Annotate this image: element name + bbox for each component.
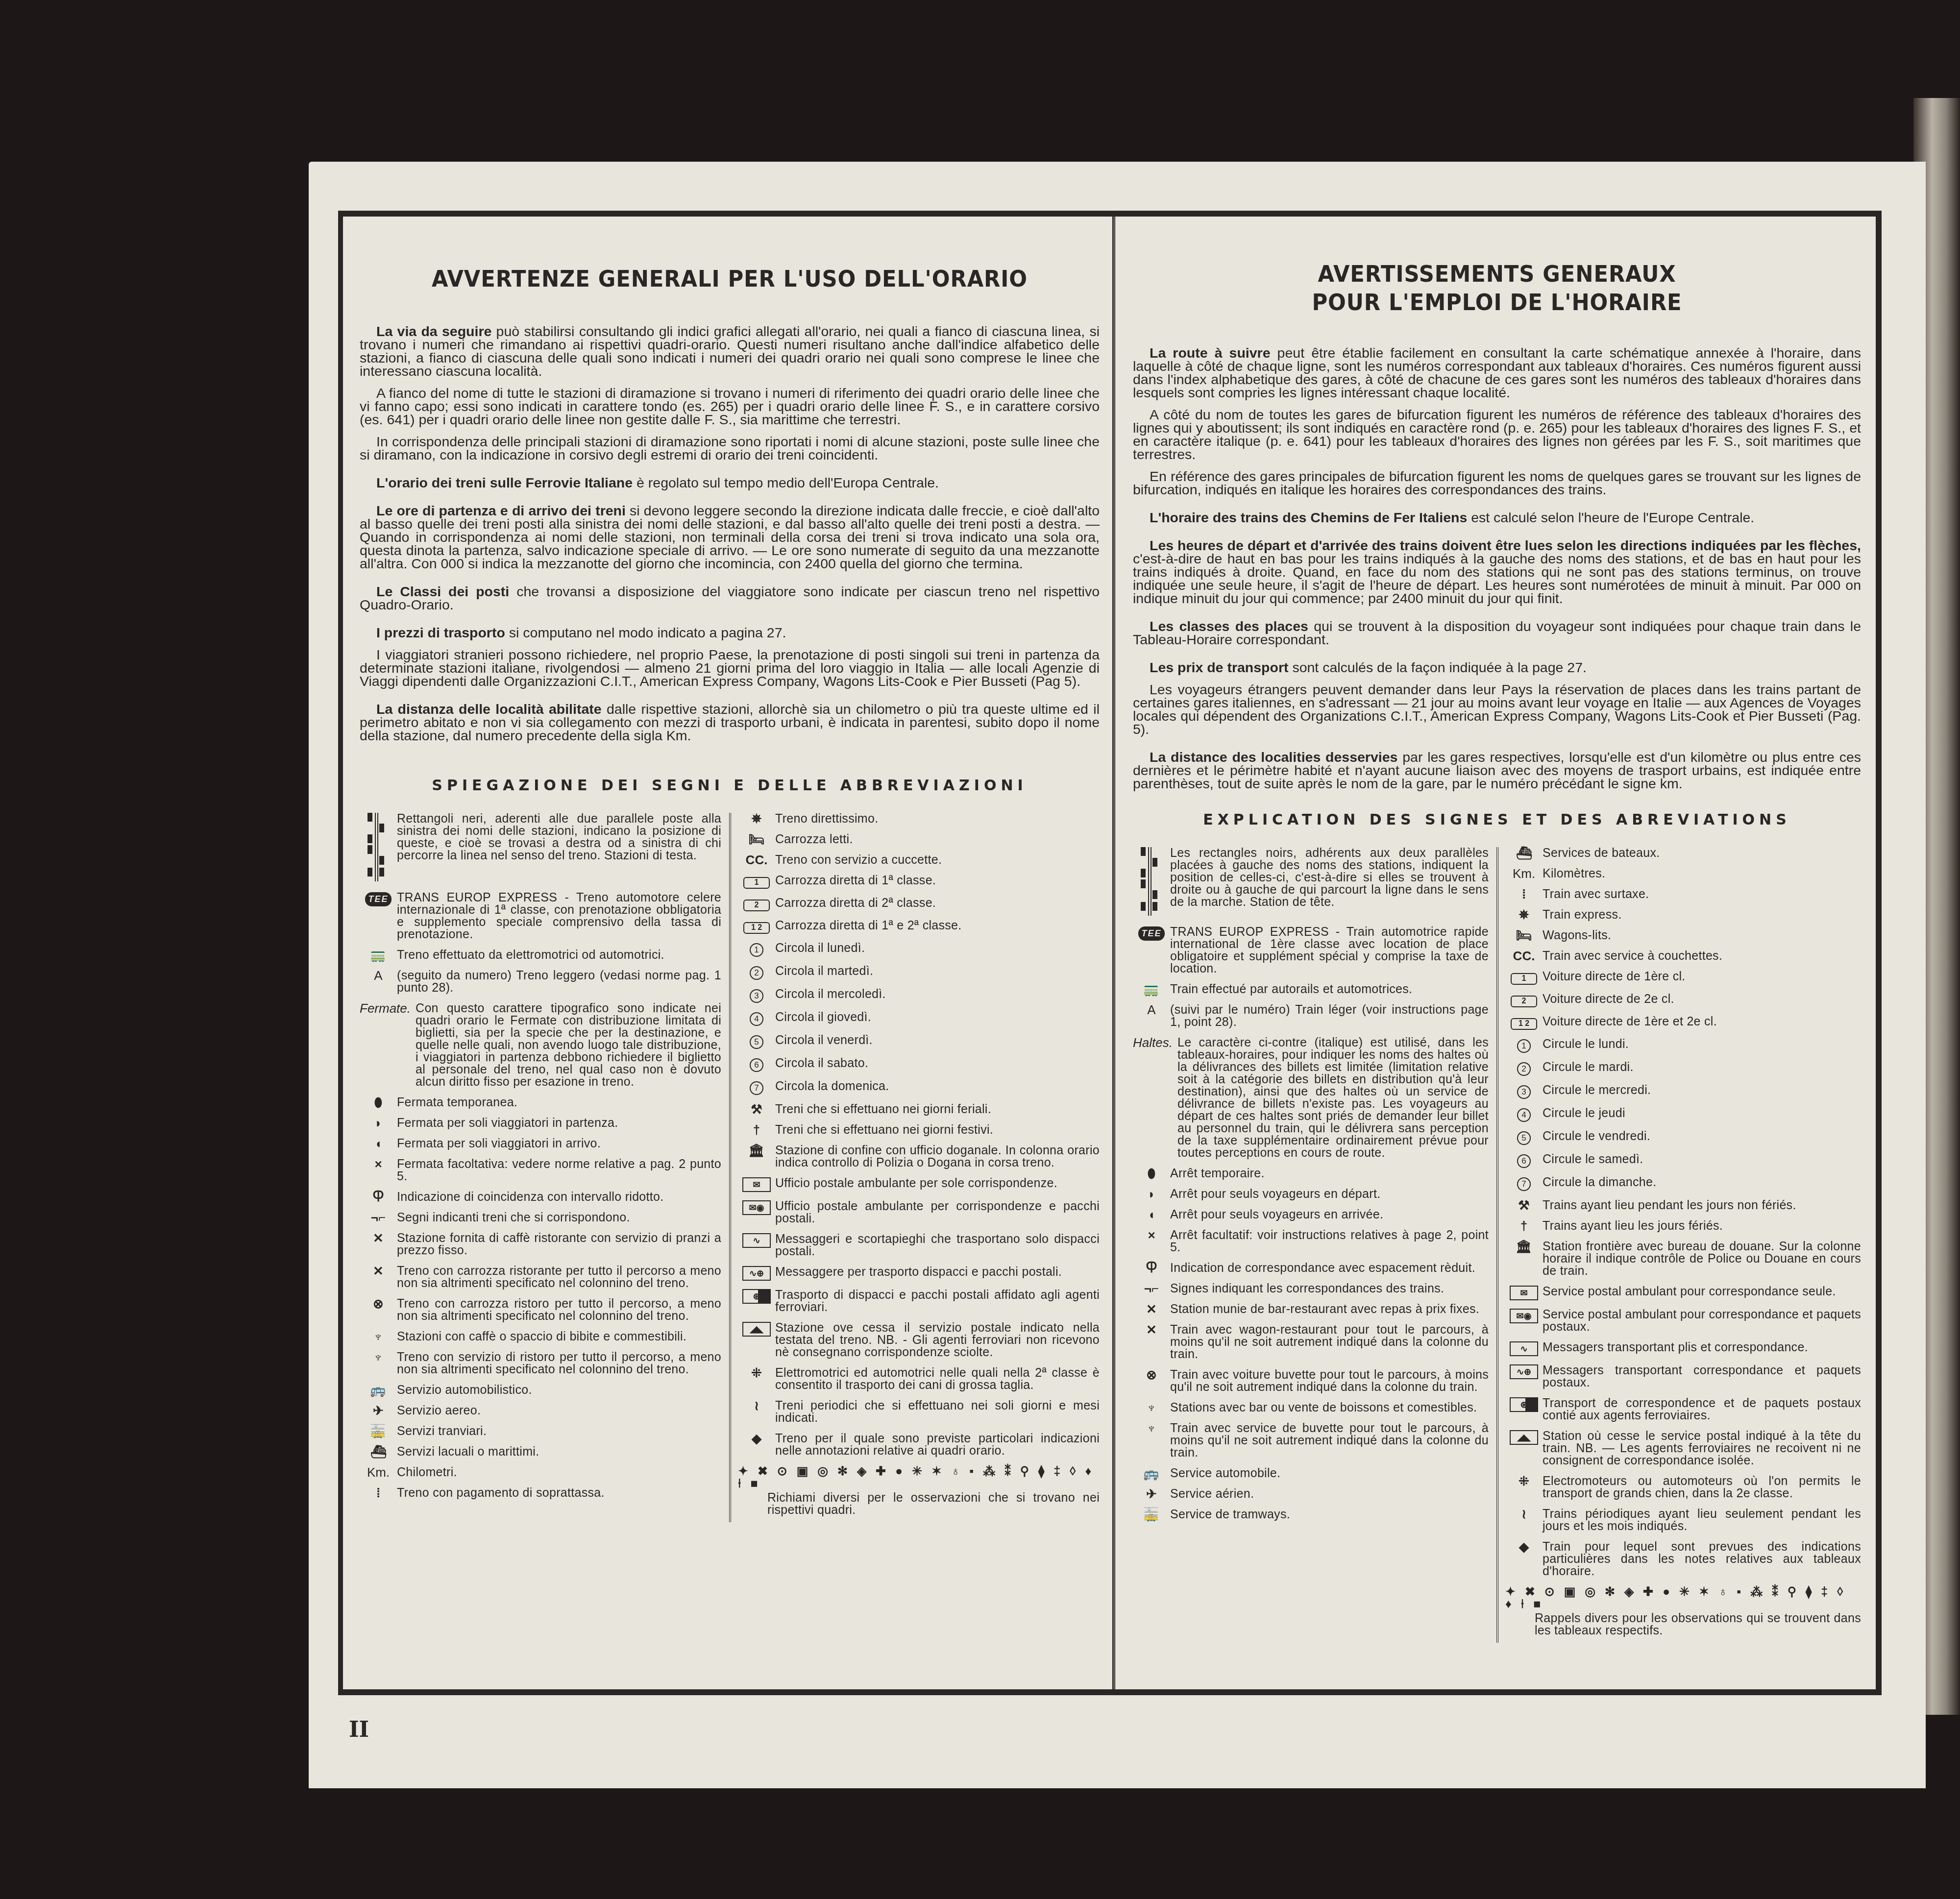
french-legend-title: EXPLICATION DES SIGNES ET DES ABREVIATIO…: [1133, 811, 1861, 828]
timetable-page: AVVERTENZE GENERALI PER L'USO DELL'ORARI…: [309, 162, 1926, 1788]
instruction-paragraph: L'orario dei treni sulle Ferrovie Italia…: [360, 477, 1100, 490]
legend-entry: ⚒Treni che si effettuano nei giorni feri…: [738, 1103, 1100, 1116]
km-abbrev: Km.: [360, 1466, 397, 1479]
rail-agent-mail-icon: ⊛: [1505, 1397, 1543, 1412]
legend-entry: Rettangoli neri, aderenti alle due paral…: [360, 813, 721, 883]
day-4-icon: 4: [1505, 1107, 1543, 1122]
tram-icon: 🚋: [360, 1425, 397, 1437]
legend-text: Electromoteurs ou automoteurs où l'on pe…: [1543, 1475, 1861, 1500]
legend-text: Ufficio postale ambulante per corrispond…: [775, 1200, 1100, 1225]
legend-entry: ≀Treni periodici che si effettuano nei s…: [738, 1400, 1100, 1424]
legend-entry: 🚌Service automobile.: [1133, 1467, 1489, 1480]
express-train-icon: ✵: [1505, 909, 1543, 921]
through-coach-1-icon: 1: [738, 875, 775, 889]
boat-icon: ⛴: [1505, 847, 1543, 859]
legend-entry: Fermate.Con questo carattere tipografico…: [360, 1002, 721, 1088]
legend-text: Train avec voiture buvette pour tout le …: [1170, 1369, 1489, 1393]
french-legend: Les rectangles noirs, adhérents aux deux…: [1133, 847, 1861, 1643]
legend-entry: 1 2Carrozza diretta di 1ª e 2ª classe.: [738, 920, 1100, 934]
legend-entry: ×Fermata facoltativa: vedere norme relat…: [360, 1158, 721, 1183]
instruction-paragraph: I viaggiatori stranieri possono richiede…: [360, 649, 1100, 688]
legend-text: Circule le mercredi.: [1543, 1084, 1861, 1096]
legend-text: Kilomètres.: [1543, 868, 1861, 880]
legend-text: Segni indicanti treni che si corrispondo…: [397, 1212, 721, 1224]
french-title-line-1: AVERTISSEMENTS GENERAUX: [1318, 261, 1676, 287]
legend-entry: ⬮Fermata temporanea.: [360, 1096, 721, 1109]
through-coach-1-icon: 1: [1505, 971, 1543, 985]
legend-text: Messagers transportant correspondance et…: [1543, 1364, 1861, 1389]
legend-text: Stazione fornita di caffè ristorante con…: [397, 1232, 721, 1257]
legend-entry: ✕Station munie de bar-restaurant avec re…: [1133, 1303, 1489, 1315]
dining-car-icon: ✕: [1133, 1324, 1170, 1336]
bus-icon: 🚌: [360, 1384, 397, 1396]
courier-dispatch-icon: ∿: [738, 1233, 775, 1248]
legend-entry: A(suivi par le numéro) Train léger (voir…: [1133, 1004, 1489, 1028]
legend-entry: 🛏Wagons-lits.: [1505, 929, 1861, 942]
legend-entry: 🚋Servizi tranviari.: [360, 1425, 721, 1437]
italian-legend-column-2: ✵Treno direttissimo.🛏Carrozza letti.CC.T…: [731, 813, 1100, 1522]
legend-text: Circule le samedì.: [1543, 1153, 1861, 1166]
legend-text: Circule la dimanche.: [1543, 1176, 1861, 1189]
legend-text: Service postal ambulant pour corresponda…: [1543, 1286, 1861, 1298]
day-6-icon: 6: [738, 1057, 775, 1072]
legend-text: Voiture directe de 1ère et 2e cl.: [1543, 1016, 1861, 1028]
paragraph-lead: I prezzi di trasporto: [376, 625, 505, 641]
buffet-car-icon: ⊗: [360, 1298, 397, 1310]
short-connection-icon: Ⴔ: [1133, 1262, 1170, 1274]
legend-text: Treni che si effettuano nei giorni festi…: [775, 1124, 1100, 1136]
legend-entry: 🚃Train effectué par autorails et automot…: [1133, 983, 1489, 996]
connection-signs-icon: ¬⌐: [360, 1212, 397, 1224]
legend-entry: 🚃Treno effettuato da elettromotrici od a…: [360, 949, 721, 961]
legend-entry: ⛴Services de bateaux.: [1505, 847, 1861, 859]
legend-text: Circola il martedì.: [775, 965, 1100, 977]
mail-end-icon: ◢◣: [738, 1322, 775, 1337]
paragraph-text: A côté du nom de toutes les gares de bif…: [1133, 407, 1861, 463]
legend-entry: 2Circola il martedì.: [738, 965, 1100, 980]
instruction-paragraph: I prezzi di trasporto si computano nel m…: [360, 627, 1100, 640]
periodic-train-icon: ≀: [738, 1400, 775, 1412]
french-title-line-2: POUR L'EMPLOI DE L'HORAIRE: [1312, 289, 1682, 316]
instruction-paragraph: Le Classi dei posti che trovansi a dispo…: [360, 585, 1100, 612]
legend-entry: †Trains ayant lieu les jours fériés.: [1505, 1220, 1861, 1232]
italian-column: AVVERTENZE GENERALI PER L'USO DELL'ORARI…: [343, 217, 1112, 1689]
legend-entry: ⁞Treno con pagamento di soprattassa.: [360, 1487, 721, 1499]
legend-text: Circule le vendredi.: [1543, 1130, 1861, 1143]
legend-entry: CC.Treno con servizio a cuccette.: [738, 854, 1100, 866]
legend-text: Trains périodiques ayant lieu seulement …: [1543, 1508, 1861, 1533]
instruction-paragraph: Les classes des places qui se trouvent à…: [1133, 620, 1861, 647]
legend-text: Servizi tranviari.: [397, 1425, 721, 1437]
courier-parcels-icon: ∿⊕: [738, 1266, 775, 1281]
paragraph-text: En référence des gares principales de bi…: [1133, 469, 1861, 498]
bus-icon: 🚌: [1133, 1467, 1170, 1480]
legend-entry: ◗Arrêt pour seuls voyageurs en départ.: [1133, 1188, 1489, 1200]
legend-entry: 2Circule le mardi.: [1505, 1061, 1861, 1076]
short-connection-icon: Ⴔ: [360, 1191, 397, 1203]
french-title: AVERTISSEMENTS GENERAUX POUR L'EMPLOI DE…: [1155, 217, 1839, 316]
day-5-icon: 5: [1505, 1130, 1543, 1145]
legend-text: Stazione di confine con ufficio doganale…: [775, 1144, 1100, 1169]
departure-only-icon: ◗: [1133, 1188, 1170, 1200]
legend-text: Elettromotrici ed automotrici nelle qual…: [775, 1367, 1100, 1391]
legend-entry: ✕Treno con carrozza ristorante per tutto…: [360, 1265, 721, 1290]
legend-text: Stazioni con caffè o spaccio di bibite e…: [397, 1331, 721, 1343]
legend-text: Con questo carattere tipografico sono in…: [416, 1002, 721, 1088]
mail-end-icon: ◢◣: [1505, 1430, 1543, 1445]
paragraph-text: sont calculés de la façon indiquée à la …: [1288, 660, 1586, 676]
arrival-only-icon: ◖: [1133, 1209, 1170, 1221]
instruction-paragraph: A côté du nom de toutes les gares de bif…: [1133, 409, 1861, 462]
legend-entry: ✉Ufficio postale ambulante per sole corr…: [738, 1177, 1100, 1192]
legend-text: Station frontière avec bureau de douane.…: [1543, 1241, 1861, 1277]
legend-text: Arrêt temporaire.: [1170, 1168, 1489, 1180]
legend-text: Voiture directe de 1ère cl.: [1543, 971, 1861, 983]
legend-entry: 🏛Stazione di confine con ufficio doganal…: [738, 1144, 1100, 1169]
day-3-icon: 3: [738, 988, 775, 1003]
through-coach-12-icon: 1 2: [1505, 1016, 1543, 1030]
temporary-stop-icon: ⬮: [1133, 1168, 1170, 1180]
legend-entry: 🏛Station frontière avec bureau de douane…: [1505, 1241, 1861, 1277]
page-frame: AVVERTENZE GENERALI PER L'USO DELL'ORARI…: [338, 211, 1882, 1695]
legend-text: Service postal ambulant pour corresponda…: [1543, 1309, 1861, 1333]
surcharge-icon: ⁞: [360, 1487, 397, 1499]
legend-entry: Les rectangles noirs, adhérents aux deux…: [1133, 847, 1489, 918]
legend-entry: ◢◣Stazione ove cessa il servizio postale…: [738, 1322, 1100, 1359]
paragraph-lead: Les prix de transport: [1150, 660, 1288, 676]
instruction-paragraph: In corrispondenza delle principali stazi…: [360, 436, 1100, 462]
legend-text: Train express.: [1543, 909, 1861, 921]
legend-text: Circola il mercoledì.: [775, 988, 1100, 1000]
legend-entry: ⊛Transport de correspondence et de paque…: [1505, 1397, 1861, 1422]
legend-entry: 6Circule le samedì.: [1505, 1153, 1861, 1168]
legend-entry: ◢◣Station où cesse le service postal ind…: [1505, 1430, 1861, 1467]
legend-text: Arrêt pour seuls voyageurs en arrivée.: [1170, 1209, 1489, 1221]
legend-text: Messaggeri e scortapieghi che trasportan…: [775, 1233, 1100, 1258]
legend-entry: TEETRANS EUROP EXPRESS - Train automotri…: [1133, 926, 1489, 975]
paragraph-text: I viaggiatori stranieri possono richiede…: [360, 647, 1100, 689]
arrival-only-icon: ◖: [360, 1138, 397, 1150]
day-3-icon: 3: [1505, 1084, 1543, 1099]
legend-text: TRANS EUROP EXPRESS - Treno automotore c…: [397, 892, 721, 941]
legend-text: Treno con carrozza ristoro per tutto il …: [397, 1298, 721, 1322]
cc-abbrev: CC.: [738, 854, 775, 866]
restaurant-station-icon: ✕: [360, 1232, 397, 1244]
legend-entry: ◆Train pour lequel sont prevues des indi…: [1505, 1541, 1861, 1578]
legend-entry: ✈Service aérien.: [1133, 1488, 1489, 1500]
legend-text: Stazione ove cessa il servizio postale i…: [775, 1322, 1100, 1359]
legend-text: Signes indiquant les correspondances des…: [1170, 1283, 1489, 1295]
legend-entry: ⁜Electromoteurs ou automoteurs où l'on p…: [1505, 1475, 1861, 1500]
legend-entry: Km.Chilometri.: [360, 1466, 721, 1479]
legend-text: Treni che si effettuano nei giorni feria…: [775, 1103, 1100, 1116]
day-4-icon: 4: [738, 1011, 775, 1026]
italian-title: AVVERTENZE GENERALI PER L'USO DELL'ORARI…: [382, 217, 1077, 292]
legend-entry: 2Carrozza diretta di 2ª classe.: [738, 897, 1100, 911]
legend-entry: ♆Stazioni con caffè o spaccio di bibite …: [360, 1331, 721, 1343]
customs-station-icon: 🏛: [1505, 1241, 1543, 1253]
tram-icon: 🚋: [1133, 1509, 1170, 1521]
special-notes-icon: ◆: [1505, 1541, 1543, 1553]
legend-text: Rappels divers pour les observations qui…: [1505, 1612, 1861, 1637]
legend-text: Circule le lundi.: [1543, 1038, 1861, 1050]
legend-entry: A(seguito da numero) Treno leggero (veda…: [360, 970, 721, 994]
legend-entry: †Treni che si effettuano nei giorni fest…: [738, 1124, 1100, 1136]
legend-text: Trains ayant lieu les jours fériés.: [1543, 1220, 1861, 1232]
legend-entry: ✉◉Ufficio postale ambulante per corrispo…: [738, 1200, 1100, 1225]
day-1-icon: 1: [1505, 1038, 1543, 1053]
legend-entry: 1Carrozza diretta di 1ª classe.: [738, 875, 1100, 889]
legend-entry: Km.Kilomètres.: [1505, 868, 1861, 880]
legend-text: Treno per il quale sono previste partico…: [775, 1433, 1100, 1457]
legend-entry: ∿Messaggeri e scortapieghi che trasporta…: [738, 1233, 1100, 1258]
french-legend-column-2: ⛴Services de bateaux.Km.Kilomètres.⁞Trai…: [1498, 847, 1861, 1643]
paragraph-text: A fianco del nome di tutte le stazioni d…: [360, 386, 1100, 428]
legend-text: Fermata per soli viaggiatori in partenza…: [397, 1117, 721, 1129]
rail-agent-mail-icon: ⊛: [738, 1289, 775, 1304]
restaurant-station-icon: ✕: [1133, 1303, 1170, 1315]
legend-text: Richiami diversi per le osservazioni che…: [738, 1492, 1100, 1516]
legend-entry: ⁜Elettromotrici ed automotrici nelle qua…: [738, 1367, 1100, 1391]
legend-text: Fermata per soli viaggiatori in arrivo.: [397, 1138, 721, 1150]
legend-text: Train avec service à couchettes.: [1543, 950, 1861, 962]
letter-a-icon: A: [360, 970, 397, 982]
legend-entry: ⊗Train avec voiture buvette pour tout le…: [1133, 1369, 1489, 1393]
haltes-italic-label: Haltes.: [1133, 1037, 1177, 1049]
legend-text: Servizio aereo.: [397, 1405, 721, 1417]
legend-entry: 6Circola il sabato.: [738, 1057, 1100, 1072]
snack-bar-station-icon: ♆: [1133, 1402, 1170, 1414]
refreshment-train-icon: ♆: [360, 1351, 397, 1363]
legend-text: Station munie de bar-restaurant avec rep…: [1170, 1303, 1489, 1315]
mail-letters-icon: ✉: [738, 1177, 775, 1192]
legend-entry: ∿⊕Messagers transportant correspondance …: [1505, 1364, 1861, 1389]
legend-text: Treno con servizio di ristoro per tutto …: [397, 1351, 721, 1376]
legend-entry: ×Arrêt facultatif: voir instructions rel…: [1133, 1229, 1489, 1254]
legend-entry: ✈Servizio aereo.: [360, 1405, 721, 1417]
italian-legend-title: SPIEGAZIONE DEI SEGNI E DELLE ABBREVIAZI…: [360, 777, 1100, 794]
mail-letters-icon: ✉: [1505, 1286, 1543, 1300]
legend-text: Circola il venerdì.: [775, 1034, 1100, 1047]
legend-text: (suivi par le numéro) Train léger (voir …: [1170, 1004, 1489, 1028]
instruction-paragraph: La route à suivre peut être établie faci…: [1133, 347, 1861, 400]
legend-entry: ∿⊕Messaggere per trasporto dispacci e pa…: [738, 1266, 1100, 1281]
legend-text: Train effectué par autorails et automotr…: [1170, 983, 1489, 996]
legend-entry: ♆Stations avec bar ou vente de boissons …: [1133, 1402, 1489, 1414]
legend-text: Carrozza diretta di 1ª e 2ª classe.: [775, 920, 1100, 932]
legend-text: (seguito da numero) Treno leggero (vedas…: [397, 970, 721, 994]
legend-entry: ✵Treno direttissimo.: [738, 813, 1100, 825]
legend-entry: ⊗Treno con carrozza ristoro per tutto il…: [360, 1298, 721, 1322]
legend-entry: 1Circule le lundi.: [1505, 1038, 1861, 1053]
french-column: AVERTISSEMENTS GENERAUX POUR L'EMPLOI DE…: [1118, 217, 1876, 1689]
buffet-car-icon: ⊗: [1133, 1369, 1170, 1381]
legend-text: Station où cesse le service postal indiq…: [1543, 1430, 1861, 1467]
cc-abbrev: CC.: [1505, 950, 1543, 962]
legend-text: Treno con carrozza ristorante per tutto …: [397, 1265, 721, 1290]
legend-entry: ⊛Trasporto di dispacci e pacchi postali …: [738, 1289, 1100, 1314]
dogs-allowed-icon: ⁜: [738, 1367, 775, 1379]
day-6-icon: 6: [1505, 1153, 1543, 1168]
courier-dispatch-icon: ∿: [1505, 1341, 1543, 1356]
legend-text: Messaggere per trasporto dispacci e pacc…: [775, 1266, 1100, 1278]
legend-text: Service de tramways.: [1170, 1509, 1489, 1521]
legend-entry: ⁞Train avec surtaxe.: [1505, 888, 1861, 901]
legend-text: Circola il lunedì.: [775, 942, 1100, 954]
legend-entry: ◖Arrêt pour seuls voyageurs en arrivée.: [1133, 1209, 1489, 1221]
legend-entry: 3Circola il mercoledì.: [738, 988, 1100, 1003]
legend-entry: 4Circule le jeudi: [1505, 1107, 1861, 1122]
km-abbrev: Km.: [1505, 868, 1543, 880]
legend-entry: ✕Train avec wagon-restaurant pour tout l…: [1133, 1324, 1489, 1361]
legend-text: Trasporto di dispacci e pacchi postali a…: [775, 1289, 1100, 1314]
paragraph-text: est calculé selon l'heure de l'Europe Ce…: [1467, 510, 1754, 526]
legend-entry: ≀Trains périodiques ayant lieu seulement…: [1505, 1508, 1861, 1533]
paragraph-text: Les voyageurs étrangers peuvent demander…: [1133, 682, 1861, 737]
legend-entry: ¬⌐Signes indiquant les correspondances d…: [1133, 1283, 1489, 1295]
legend-text: Rettangoli neri, aderenti alle due paral…: [397, 813, 721, 862]
legend-entry: ¬⌐Segni indicanti treni che si corrispon…: [360, 1212, 721, 1224]
french-legend-column-1: Les rectangles noirs, adhérents aux deux…: [1133, 847, 1498, 1643]
refreshment-train-icon: ♆: [1133, 1422, 1170, 1435]
legend-entry: ♆Train avec service de buvette pour tout…: [1133, 1422, 1489, 1459]
legend-text: Train avec surtaxe.: [1543, 888, 1861, 901]
day-7-icon: 7: [1505, 1176, 1543, 1191]
instruction-paragraph: A fianco del nome di tutte le stazioni d…: [360, 387, 1100, 427]
through-coach-2-icon: 2: [1505, 993, 1543, 1007]
reference-marks-icon: ✦ ✖ ⊙ ▣ ◎ ✻ ◈ ✚ ● ✳ ✶ ♁ ▪ ⁂ ⁑ ⚲ ⧫ ‡ ◊ ♦ …: [738, 1465, 1100, 1490]
paragraph-text: c'est-à-dire de haut en bas pour les tra…: [1133, 551, 1861, 607]
legend-text: Carrozza letti.: [775, 833, 1100, 846]
legend-text: Service automobile.: [1170, 1467, 1489, 1480]
reference-marks-icon: ✦ ✖ ⊙ ▣ ◎ ✻ ◈ ✚ ● ✳ ✶ ♁ ▪ ⁂ ⁑ ⚲ ⧫ ‡ ◊ ♦ …: [1505, 1586, 1861, 1610]
legend-entry: 5Circule le vendredi.: [1505, 1130, 1861, 1145]
express-train-icon: ✵: [738, 813, 775, 825]
airplane-icon: ✈: [1133, 1488, 1170, 1500]
legend-text: Treno con servizio a cuccette.: [775, 854, 1100, 866]
legend-entry: ႴIndicazione di coincidenza con interval…: [360, 1191, 721, 1203]
legend-text: Ufficio postale ambulante per sole corri…: [775, 1177, 1100, 1190]
column-divider: [1112, 217, 1115, 1689]
legend-text: Arrêt facultatif: voir instructions rela…: [1170, 1229, 1489, 1254]
mail-parcels-icon: ✉◉: [738, 1200, 775, 1215]
legend-entry: Haltes.Le caractère ci-contre (italique)…: [1133, 1037, 1489, 1159]
legend-entry: 5Circola il venerdì.: [738, 1034, 1100, 1049]
legend-entry: 🛏Carrozza letti.: [738, 833, 1100, 846]
legend-text: Circule le mardi.: [1543, 1061, 1861, 1073]
legend-entry: ⚒Trains ayant lieu pendant les jours non…: [1505, 1199, 1861, 1212]
instruction-paragraph: Les voyageurs étrangers peuvent demander…: [1133, 683, 1861, 736]
connection-signs-icon: ¬⌐: [1133, 1283, 1170, 1295]
legend-text: Services de bateaux.: [1543, 847, 1861, 859]
legend-entry: ✉Service postal ambulant pour correspond…: [1505, 1286, 1861, 1300]
holidays-icon: †: [1505, 1220, 1543, 1232]
legend-entry: ✕Stazione fornita di caffè ristorante co…: [360, 1232, 721, 1257]
legend-text: Voiture directe de 2e cl.: [1543, 993, 1861, 1005]
page-number: II: [349, 1717, 369, 1742]
legend-text: Stations avec bar ou vente de boissons e…: [1170, 1402, 1489, 1414]
optional-stop-icon: ×: [1133, 1229, 1170, 1242]
surcharge-icon: ⁞: [1505, 888, 1543, 901]
legend-text: Circule le jeudi: [1543, 1107, 1861, 1120]
legend-entry: 4Circola il giovedì.: [738, 1011, 1100, 1026]
legend-entry: ◗Fermata per soli viaggiatori in partenz…: [360, 1117, 721, 1129]
legend-text: Service aérien.: [1170, 1488, 1489, 1500]
through-coach-12-icon: 1 2: [738, 920, 775, 934]
weekdays-icon: ⚒: [738, 1103, 775, 1116]
legend-text: Carrozza diretta di 2ª classe.: [775, 897, 1100, 909]
legend-entry: 7Circule la dimanche.: [1505, 1176, 1861, 1191]
legend-entry: ✦ ✖ ⊙ ▣ ◎ ✻ ◈ ✚ ● ✳ ✶ ♁ ▪ ⁂ ⁑ ⚲ ⧫ ‡ ◊ ♦ …: [738, 1465, 1100, 1516]
legend-entry: TEETRANS EUROP EXPRESS - Treno automotor…: [360, 892, 721, 941]
sleeping-car-icon: 🛏: [1505, 929, 1543, 942]
legend-text: Circola il sabato.: [775, 1057, 1100, 1070]
legend-text: TRANS EUROP EXPRESS - Train automotrice …: [1170, 926, 1489, 975]
legend-entry: CC.Train avec service à couchettes.: [1505, 950, 1861, 962]
legend-text: Trains ayant lieu pendant les jours non …: [1543, 1199, 1861, 1212]
sleeping-car-icon: 🛏: [738, 833, 775, 846]
day-7-icon: 7: [738, 1080, 775, 1095]
station-position-bars-icon: [1133, 847, 1170, 918]
weekdays-icon: ⚒: [1505, 1199, 1543, 1212]
legend-text: Messagers transportant plis et correspon…: [1543, 1341, 1861, 1354]
legend-text: Wagons-lits.: [1543, 929, 1861, 942]
instruction-paragraph: La distanza delle località abilitate dal…: [360, 703, 1100, 743]
legend-entry: ♆Treno con servizio di ristoro per tutto…: [360, 1351, 721, 1376]
instruction-paragraph: En référence des gares principales de bi…: [1133, 470, 1861, 497]
railcar-icon: 🚃: [360, 949, 397, 961]
legend-text: Circola il giovedì.: [775, 1011, 1100, 1023]
legend-text: Circola la domenica.: [775, 1080, 1100, 1093]
legend-text: Fermata facoltativa: vedere norme relati…: [397, 1158, 721, 1183]
legend-entry: 1 2Voiture directe de 1ère et 2e cl.: [1505, 1016, 1861, 1030]
optional-stop-icon: ×: [360, 1158, 397, 1170]
paragraph-text: è regolato sul tempo medio dell'Europa C…: [633, 475, 939, 491]
legend-entry: ✉◉Service postal ambulant pour correspon…: [1505, 1309, 1861, 1333]
paragraph-lead: L'orario dei treni sulle Ferrovie Italia…: [376, 475, 633, 491]
legend-entry: 🚋Service de tramways.: [1133, 1509, 1489, 1521]
legend-text: Servizio automobilistico.: [397, 1384, 721, 1396]
legend-text: Treno con pagamento di soprattassa.: [397, 1487, 721, 1499]
snack-bar-station-icon: ♆: [360, 1331, 397, 1343]
instruction-paragraph: L'horaire des trains des Chemins de Fer …: [1133, 511, 1861, 525]
legend-entry: ◖Fermata per soli viaggiatori in arrivo.: [360, 1138, 721, 1150]
station-position-bars-icon: [360, 813, 397, 883]
day-5-icon: 5: [738, 1034, 775, 1049]
day-2-icon: 2: [1505, 1061, 1543, 1076]
legend-text: Indication de correspondance avec espace…: [1170, 1262, 1489, 1274]
boat-icon: ⛴: [360, 1446, 397, 1458]
legend-entry: 1Voiture directe de 1ère cl.: [1505, 971, 1861, 985]
paragraph-lead: L'horaire des trains des Chemins de Fer …: [1150, 510, 1467, 526]
legend-text: Fermata temporanea.: [397, 1096, 721, 1109]
instruction-paragraph: Le ore di partenza e di arrivo dei treni…: [360, 505, 1100, 571]
legend-entry: 3Circule le mercredi.: [1505, 1084, 1861, 1099]
fermate-italic-label: Fermate.: [360, 1002, 416, 1015]
legend-entry: 2Voiture directe de 2e cl.: [1505, 993, 1861, 1007]
legend-text: Transport de correspondence et de paquet…: [1543, 1397, 1861, 1422]
railcar-icon: 🚃: [1133, 983, 1170, 996]
instruction-paragraph: La via da seguire può stabilirsi consult…: [360, 325, 1100, 378]
legend-text: Carrozza diretta di 1ª classe.: [775, 875, 1100, 887]
legend-entry: 🚌Servizio automobilistico.: [360, 1384, 721, 1396]
french-instructions: La route à suivre peut être établie faci…: [1133, 347, 1861, 791]
special-notes-icon: ◆: [738, 1433, 775, 1445]
paragraph-text: In corrispondenza delle principali stazi…: [360, 434, 1100, 463]
mail-parcels-icon: ✉◉: [1505, 1309, 1543, 1323]
legend-text: Indicazione di coincidenza con intervall…: [397, 1191, 721, 1203]
paragraph-text: si computano nel modo indicato a pagina …: [505, 625, 786, 641]
